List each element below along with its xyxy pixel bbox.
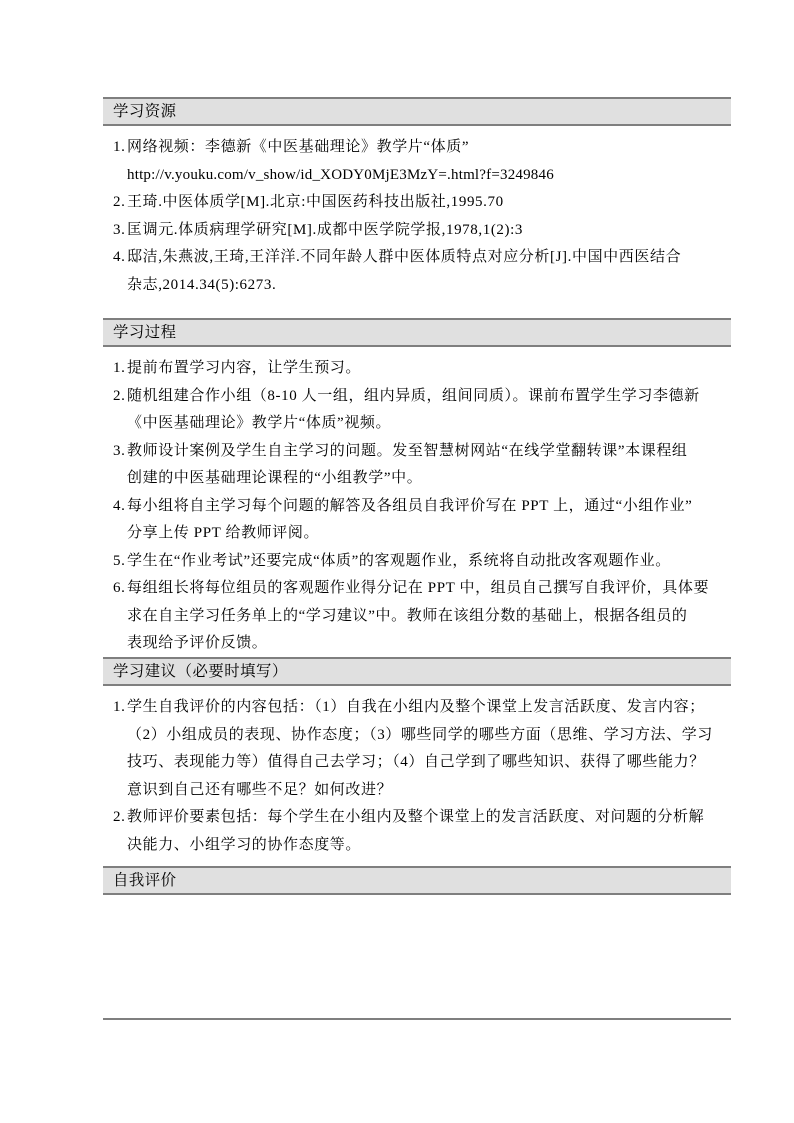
section-learning-suggestions: 学习建议（必要时填写） 1. 学生自我评价的内容包括：（1）自我在小组内及整个课… [103, 657, 731, 866]
line-number: 6. [113, 575, 125, 603]
list-line: 技巧、表现能力等）值得自己去学习；（4）自己学到了哪些知识、获得了哪些能力？ [113, 749, 725, 777]
list-line: 创建的中医基础理论课程的“小组教学”中。 [113, 465, 725, 493]
list-line: 5. 学生在“作业考试”还要完成“体质”的客观题作业，系统将自动批改客观题作业。 [113, 548, 725, 576]
line-text: 教师设计案例及学生自主学习的问题。发至智慧树网站“在线学堂翻转课”本课程组 [127, 443, 688, 459]
line-text: 网络视频：李德新《中医基础理论》教学片“体质” [127, 139, 469, 155]
list-line: 3. 匡调元.体质病理学研究[M].成都中医学院学报,1978,1(2):3 [113, 217, 725, 245]
list-line: 4. 邸洁,朱燕波,王琦,王洋洋.不同年龄人群中医体质特点对应分析[J].中国中… [113, 244, 725, 272]
section-body-learning-suggestions: 1. 学生自我评价的内容包括：（1）自我在小组内及整个课堂上发言活跃度、发言内容… [103, 686, 731, 866]
line-number: 3. [113, 438, 125, 466]
line-text: 《中医基础理论》教学片“体质”视频。 [127, 415, 391, 431]
line-text: 每组组长将每位组员的客观题作业得分记在 PPT 中，组员自己撰写自我评价，具体要 [127, 580, 709, 596]
list-line: 2. 教师评价要素包括：每个学生在小组内及整个课堂上的发言活跃度、对问题的分析解 [113, 804, 725, 832]
list-line: 分享上传 PPT 给教师评阅。 [113, 520, 725, 548]
section-learning-process: 学习过程 1. 提前布置学习内容，让学生预习。 2. 随机组建合作小组（8-10… [103, 318, 731, 657]
list-line: 意识到自己还有哪些不足？如何改进？ [113, 777, 725, 805]
list-line: 1. 提前布置学习内容，让学生预习。 [113, 355, 725, 383]
section-body-learning-process: 1. 提前布置学习内容，让学生预习。 2. 随机组建合作小组（8-10 人一组，… [103, 347, 731, 657]
section-title: 学习资源 [113, 103, 177, 120]
line-text: 学生在“作业考试”还要完成“体质”的客观题作业，系统将自动批改客观题作业。 [127, 553, 671, 569]
line-text: 杂志,2014.34(5):6273. [127, 277, 276, 293]
line-text: 随机组建合作小组（8-10 人一组，组内异质，组间同质）。课前布置学生学习李德新 [127, 388, 700, 404]
list-line: 2. 随机组建合作小组（8-10 人一组，组内异质，组间同质）。课前布置学生学习… [113, 383, 725, 411]
list-line: 《中医基础理论》教学片“体质”视频。 [113, 410, 725, 438]
line-text: http://v.youku.com/v_show/id_XODY0MjE3Mz… [127, 167, 554, 183]
line-number: 2. [113, 383, 125, 411]
section-body-self-evaluation [103, 895, 731, 1018]
line-number: 1. [113, 694, 125, 722]
section-header-learning-resources: 学习资源 [103, 97, 731, 126]
line-number: 2. [113, 189, 125, 217]
line-text: 教师评价要素包括：每个学生在小组内及整个课堂上的发言活跃度、对问题的分析解 [127, 809, 704, 825]
section-learning-resources: 学习资源 1. 网络视频：李德新《中医基础理论》教学片“体质” http://v… [103, 97, 731, 318]
list-line: 4. 每小组将自主学习每个问题的解答及各组员自我评价写在 PPT 上，通过“小组… [113, 493, 725, 521]
line-text: 创建的中医基础理论课程的“小组教学”中。 [127, 470, 422, 486]
list-line: 3. 教师设计案例及学生自主学习的问题。发至智慧树网站“在线学堂翻转课”本课程组 [113, 438, 725, 466]
list-line: 决能力、小组学习的协作态度等。 [113, 832, 725, 860]
section-title: 学习过程 [113, 324, 177, 341]
section-body-learning-resources: 1. 网络视频：李德新《中医基础理论》教学片“体质” http://v.youk… [103, 126, 731, 318]
line-text: 意识到自己还有哪些不足？如何改进？ [127, 782, 392, 798]
section-self-evaluation: 自我评价 [103, 866, 731, 1018]
line-text: 技巧、表现能力等）值得自己去学习；（4）自己学到了哪些知识、获得了哪些能力？ [127, 754, 705, 770]
section-header-learning-process: 学习过程 [103, 318, 731, 347]
list-line: 2. 王琦.中医体质学[M].北京:中国医药科技出版社,1995.70 [113, 189, 725, 217]
line-text: （2）小组成员的表现、协作态度；（3）哪些同学的哪些方面（思维、学习方法、学习 [127, 727, 713, 743]
list-line: 1. 学生自我评价的内容包括：（1）自我在小组内及整个课堂上发言活跃度、发言内容… [113, 694, 725, 722]
list-line: （2）小组成员的表现、协作态度；（3）哪些同学的哪些方面（思维、学习方法、学习 [113, 722, 725, 750]
list-line: 表现给予评价反馈。 [113, 630, 725, 657]
task-sheet-table: 学习资源 1. 网络视频：李德新《中医基础理论》教学片“体质” http://v… [103, 97, 731, 1020]
section-header-self-evaluation: 自我评价 [103, 866, 731, 895]
line-number: 4. [113, 244, 125, 272]
line-text: 决能力、小组学习的协作态度等。 [127, 837, 361, 853]
line-text: 求在自主学习任务单上的“学习建议”中。教师在该组分数的基础上，根据各组员的 [127, 608, 688, 624]
list-line: 杂志,2014.34(5):6273. [113, 272, 725, 300]
line-number: 2. [113, 804, 125, 832]
list-line: 求在自主学习任务单上的“学习建议”中。教师在该组分数的基础上，根据各组员的 [113, 603, 725, 631]
line-text: 邸洁,朱燕波,王琦,王洋洋.不同年龄人群中医体质特点对应分析[J].中国中西医结… [127, 249, 681, 265]
list-line: 1. 网络视频：李德新《中医基础理论》教学片“体质” [113, 134, 725, 162]
line-text: 提前布置学习内容，让学生预习。 [127, 360, 361, 376]
line-text: 表现给予评价反馈。 [127, 635, 267, 651]
line-text: 分享上传 PPT 给教师评阅。 [127, 525, 319, 541]
list-line: 6. 每组组长将每位组员的客观题作业得分记在 PPT 中，组员自己撰写自我评价，… [113, 575, 725, 603]
section-header-learning-suggestions: 学习建议（必要时填写） [103, 657, 731, 686]
line-number: 4. [113, 493, 125, 521]
line-number: 1. [113, 355, 125, 383]
section-title: 自我评价 [113, 872, 177, 889]
line-text: 学生自我评价的内容包括：（1）自我在小组内及整个课堂上发言活跃度、发言内容； [127, 699, 705, 715]
line-number: 3. [113, 217, 125, 245]
section-title: 学习建议（必要时填写） [113, 663, 288, 680]
list-line: http://v.youku.com/v_show/id_XODY0MjE3Mz… [113, 162, 725, 190]
line-text: 每小组将自主学习每个问题的解答及各组员自我评价写在 PPT 上，通过“小组作业” [127, 498, 692, 514]
document-page: 学习资源 1. 网络视频：李德新《中医基础理论》教学片“体质” http://v… [0, 0, 794, 1123]
line-number: 1. [113, 134, 125, 162]
line-number: 5. [113, 548, 125, 576]
line-text: 匡调元.体质病理学研究[M].成都中医学院学报,1978,1(2):3 [127, 222, 523, 238]
line-text: 王琦.中医体质学[M].北京:中国医药科技出版社,1995.70 [127, 194, 504, 210]
